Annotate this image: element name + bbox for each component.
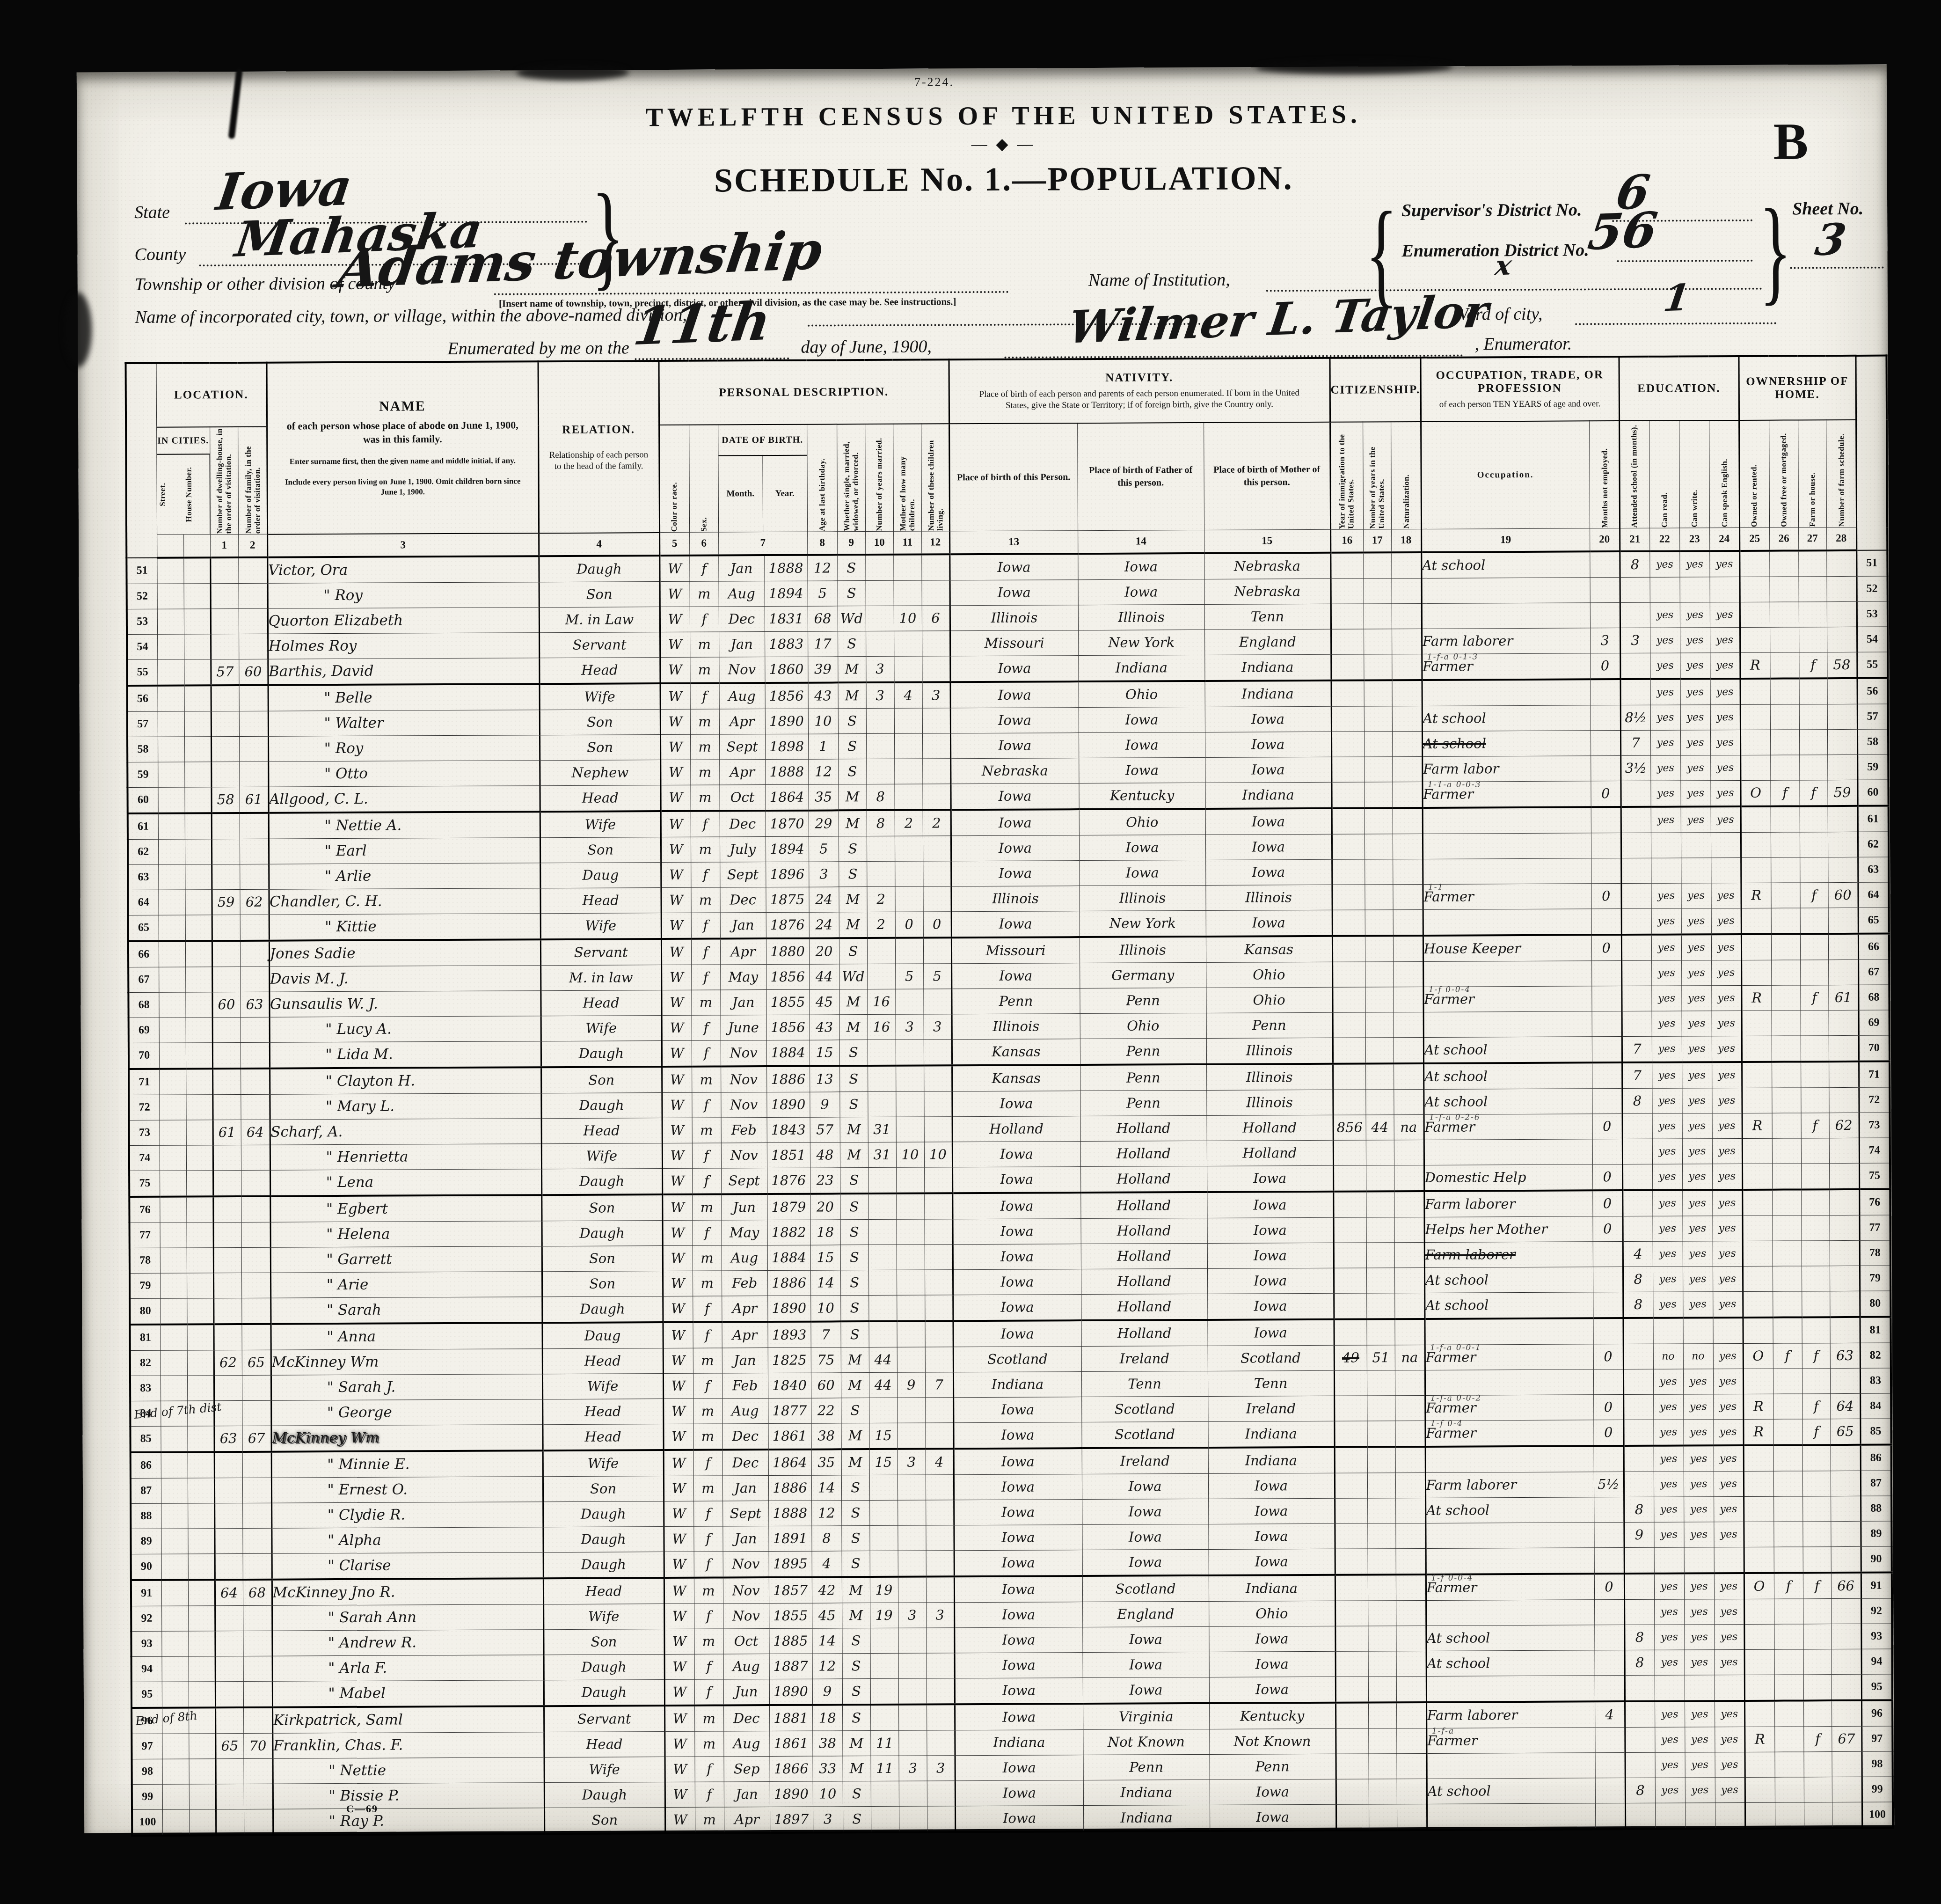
cell-children-living bbox=[927, 1730, 955, 1755]
cell-color: W bbox=[664, 1450, 693, 1476]
cell-free-mortgaged bbox=[1775, 1751, 1804, 1777]
cell-attended-school bbox=[1622, 1190, 1652, 1216]
cell-years-married bbox=[869, 1475, 898, 1500]
cell-years-married: 19 bbox=[870, 1576, 898, 1603]
cell-can-speak: yes bbox=[1710, 730, 1740, 755]
cell-naturalization bbox=[1396, 1626, 1426, 1651]
cell-name: " Arlie bbox=[269, 863, 540, 889]
cell-farm-schedule bbox=[1827, 576, 1857, 601]
cell-relation: Head bbox=[540, 990, 661, 1016]
cell-naturalization bbox=[1396, 1574, 1426, 1600]
cell-can-write: yes bbox=[1685, 1777, 1715, 1802]
cell-years-us bbox=[1367, 1395, 1395, 1421]
cell-age: 38 bbox=[812, 1730, 842, 1756]
cell-- bbox=[187, 1298, 213, 1324]
cell-relation: Son bbox=[539, 581, 660, 607]
cell-birth-year: 1856 bbox=[766, 1015, 810, 1040]
cell-dwelling: 62 bbox=[214, 1350, 242, 1375]
cell-sex: f bbox=[692, 1015, 721, 1040]
cell-pob-mother: Ohio bbox=[1206, 962, 1332, 988]
cell-attended-school bbox=[1621, 781, 1651, 807]
cell-marital: M bbox=[840, 1142, 868, 1167]
cell-family bbox=[239, 608, 268, 634]
cell-- bbox=[183, 557, 210, 584]
cell-sex: m bbox=[690, 734, 719, 759]
row-number: 69 bbox=[1859, 1010, 1890, 1035]
cell-pob: Illinois bbox=[950, 605, 1078, 630]
cell-pob: Indiana bbox=[955, 1729, 1083, 1755]
cell-birth-month: Jan bbox=[722, 1347, 768, 1373]
cell-occupation: At school bbox=[1424, 1267, 1593, 1293]
cell-name: " Kittie bbox=[269, 913, 540, 940]
cell-- bbox=[186, 1120, 213, 1145]
row-number: 74 bbox=[1859, 1138, 1890, 1163]
cell-dwelling bbox=[216, 1758, 244, 1784]
cell-owned-rented bbox=[1740, 602, 1770, 627]
cell-family bbox=[239, 736, 268, 762]
cell-sex: m bbox=[694, 1731, 723, 1756]
cell-pob-father: Ohio bbox=[1080, 1013, 1206, 1039]
cell-pob: Iowa bbox=[952, 1166, 1080, 1193]
cell-occupation: 1-f 0-4Farmer bbox=[1425, 1420, 1593, 1446]
cell-children-born bbox=[894, 733, 922, 759]
cell-pob-mother: Indiana bbox=[1209, 1574, 1335, 1601]
cell-imm-year bbox=[1336, 1753, 1369, 1779]
cell-attended-school: 4 bbox=[1623, 1241, 1653, 1267]
cell-naturalization bbox=[1395, 1446, 1425, 1472]
cell-- bbox=[188, 1503, 214, 1528]
cell-relation: Head bbox=[542, 1348, 663, 1374]
cell-farm-schedule bbox=[1827, 754, 1857, 780]
cell-children-born: 9 bbox=[897, 1372, 925, 1398]
cell-pob-mother: Penn bbox=[1206, 1012, 1333, 1038]
cell-attended-school bbox=[1621, 986, 1651, 1011]
cell-pob-mother: Nebraska bbox=[1204, 579, 1331, 604]
cell-free-mortgaged bbox=[1771, 857, 1800, 882]
cell-sex: m bbox=[692, 1066, 721, 1092]
cell-sex: m bbox=[691, 836, 720, 862]
cell-occupation bbox=[1424, 1139, 1592, 1165]
cell-pob-father: Holland bbox=[1081, 1294, 1207, 1320]
cell-owned-rented: R bbox=[1741, 883, 1771, 908]
cell-pob-mother: Ohio bbox=[1209, 1601, 1335, 1626]
enumerated-prefix: Enumerated by me on the bbox=[447, 337, 629, 359]
cell-can-speak bbox=[1711, 832, 1741, 857]
cell-years-us bbox=[1368, 1548, 1396, 1574]
row-number: 65 bbox=[128, 915, 159, 941]
cell-farm-house bbox=[1800, 959, 1828, 985]
cell-years-married bbox=[868, 1270, 897, 1295]
cell-note bbox=[157, 557, 183, 584]
cell-pob-mother: Iowa bbox=[1208, 1498, 1335, 1524]
cell-children-living bbox=[921, 554, 949, 580]
cell-imm-year bbox=[1333, 1165, 1366, 1191]
cell-naturalization bbox=[1397, 1804, 1427, 1830]
row-number: 73 bbox=[129, 1120, 160, 1145]
cell-can-speak: yes bbox=[1713, 1394, 1743, 1419]
district-brace-close: } bbox=[1759, 183, 1792, 319]
cell-birth-month: Nov bbox=[721, 1092, 766, 1117]
cell-can-speak: yes bbox=[1710, 627, 1740, 652]
cell-color: W bbox=[662, 1040, 692, 1067]
cell-owned-rented bbox=[1744, 1522, 1773, 1547]
cell-free-mortgaged bbox=[1772, 1189, 1801, 1216]
cell-pob-mother: Iowa bbox=[1205, 732, 1331, 757]
cell-can-speak: yes bbox=[1711, 960, 1741, 985]
cell-attended-school: 8 bbox=[1623, 1267, 1653, 1292]
cell-name: " Andrew R. bbox=[272, 1629, 543, 1656]
cell-farm-house: f bbox=[1802, 1343, 1830, 1368]
cell-note bbox=[160, 1120, 186, 1145]
cell-dwelling bbox=[215, 1631, 243, 1656]
col-can-write: Can write. bbox=[1679, 420, 1709, 528]
cell-children-living bbox=[925, 1295, 953, 1321]
cell-birth-month: July bbox=[720, 836, 766, 862]
cell-sex: f bbox=[693, 1220, 722, 1245]
row-number: 98 bbox=[1862, 1751, 1893, 1777]
cell-color: W bbox=[664, 1731, 694, 1757]
cell-color: W bbox=[660, 657, 690, 683]
cell-can-read: yes bbox=[1655, 1777, 1685, 1802]
cell-children-born bbox=[895, 937, 923, 964]
row-number: 94 bbox=[131, 1656, 162, 1682]
cell-pob-father: Penn bbox=[1080, 988, 1206, 1013]
cell-farm-schedule: 62 bbox=[1829, 1113, 1859, 1138]
cell-farm-schedule: 61 bbox=[1828, 985, 1858, 1010]
cell-pob: Iowa bbox=[954, 1499, 1082, 1525]
cell-years-us bbox=[1365, 909, 1393, 936]
cell-sex: m bbox=[690, 631, 719, 657]
row-number: 53 bbox=[127, 609, 157, 634]
cell-note bbox=[162, 1656, 189, 1681]
cell-years-married bbox=[866, 606, 894, 631]
cell-farm-schedule: 58 bbox=[1827, 652, 1857, 678]
cell-dwelling bbox=[215, 1656, 243, 1681]
cell-children-living bbox=[927, 1806, 955, 1832]
cell-can-read: yes bbox=[1652, 1113, 1682, 1139]
cell-pob-father: Holland bbox=[1080, 1166, 1207, 1193]
cell-color: W bbox=[665, 1757, 695, 1782]
cell-color: W bbox=[664, 1577, 694, 1604]
cell-birth-month: Nov bbox=[721, 1040, 766, 1066]
name-inst2: Include every person living on June 1, 1… bbox=[279, 476, 526, 498]
cell-children-living bbox=[924, 1116, 952, 1142]
cell-occupation: At school bbox=[1426, 1625, 1594, 1651]
cell-free-mortgaged bbox=[1770, 652, 1799, 678]
row-number: 61 bbox=[1858, 806, 1889, 832]
cell-relation: Wife bbox=[540, 811, 661, 838]
cell-can-write: yes bbox=[1681, 985, 1711, 1011]
row-number: 85 bbox=[1861, 1419, 1891, 1445]
cell-naturalization bbox=[1393, 834, 1423, 859]
cell-can-read: yes bbox=[1651, 934, 1681, 960]
cell-owned-rented: R bbox=[1742, 1113, 1772, 1138]
cell-birth-month: Dec bbox=[722, 1423, 768, 1450]
cell-birth-year: 1883 bbox=[765, 631, 808, 657]
row-number: 55 bbox=[1857, 652, 1888, 678]
cell-years-married bbox=[871, 1781, 899, 1806]
cell-free-mortgaged bbox=[1775, 1777, 1804, 1802]
cell-years-us bbox=[1365, 961, 1393, 987]
cell-years-us bbox=[1364, 756, 1392, 782]
cell-farm-schedule bbox=[1828, 933, 1858, 959]
cell-farm-house bbox=[1803, 1598, 1831, 1624]
cell-age: 75 bbox=[811, 1347, 841, 1372]
cell-months-not-employed bbox=[1593, 1318, 1623, 1344]
cell-owned-rented bbox=[1742, 1138, 1772, 1164]
cell-age: 10 bbox=[813, 1781, 843, 1806]
cell-birth-month: May bbox=[722, 1220, 767, 1245]
cell-imm-year bbox=[1334, 1242, 1366, 1267]
cell-dwelling: 57 bbox=[211, 659, 239, 685]
cell-marital: S bbox=[840, 1194, 868, 1220]
cell-free-mortgaged bbox=[1770, 729, 1799, 754]
cell-can-speak bbox=[1714, 1547, 1744, 1573]
cell-years-us bbox=[1367, 1370, 1395, 1395]
cell-age: 43 bbox=[808, 682, 838, 709]
cell-months-not-employed: 3 bbox=[1590, 628, 1620, 653]
cell-relation: Wife bbox=[542, 1373, 663, 1399]
cell-can-speak: yes bbox=[1712, 1062, 1742, 1088]
cell-naturalization bbox=[1395, 1370, 1425, 1395]
cell-occupation bbox=[1423, 807, 1591, 834]
cell-note bbox=[161, 1503, 188, 1528]
cell-dwelling bbox=[215, 1553, 243, 1580]
cell-owned-rented bbox=[1741, 934, 1771, 960]
cell-years-us bbox=[1364, 578, 1392, 603]
cell-can-read: yes bbox=[1650, 679, 1680, 705]
cell-name: Chandler, C. H. bbox=[269, 888, 540, 915]
cell-birth-month: Sept bbox=[722, 1501, 768, 1526]
cell-color: W bbox=[661, 965, 691, 990]
cell-birth-year: 1893 bbox=[768, 1321, 811, 1347]
cell-years-married bbox=[866, 631, 894, 656]
cell-years-married bbox=[870, 1628, 898, 1653]
group-location: LOCATION. bbox=[156, 363, 267, 427]
cell-years-married bbox=[869, 1500, 898, 1525]
cell-naturalization bbox=[1392, 680, 1422, 706]
cell-note bbox=[158, 864, 185, 889]
cell-relation: Daugh bbox=[542, 1296, 663, 1323]
cell-family bbox=[239, 685, 268, 711]
cell-name: " Ernest O. bbox=[271, 1476, 543, 1503]
row-number: 67 bbox=[1858, 959, 1889, 985]
cell-can-speak: yes bbox=[1713, 1241, 1743, 1266]
cell-birth-year: 1870 bbox=[766, 810, 809, 836]
cell-birth-year: 1887 bbox=[769, 1654, 812, 1679]
cell-can-write: yes bbox=[1681, 934, 1711, 960]
cell-naturalization bbox=[1394, 1217, 1424, 1242]
cell-marital: M bbox=[842, 1603, 870, 1628]
cell-birth-year: 1885 bbox=[769, 1628, 812, 1654]
cell-pob-father: Holland bbox=[1080, 1192, 1207, 1218]
cell-children-living bbox=[927, 1704, 955, 1730]
scanned-census-page: { "scan": { "corner_letter": "B", "form_… bbox=[0, 0, 1941, 1904]
cell-note bbox=[161, 1553, 188, 1580]
cell-- bbox=[186, 1017, 212, 1042]
cell-months-not-employed: 0 bbox=[1593, 1344, 1623, 1369]
cell-months-not-employed bbox=[1591, 960, 1621, 986]
col-name-header: NAME of each person whose place of abode… bbox=[267, 361, 539, 534]
cell-dwelling bbox=[212, 1068, 241, 1094]
cell-owned-rented: R bbox=[1744, 1727, 1774, 1752]
cell-imm-year bbox=[1334, 1395, 1367, 1421]
cell-owned-rented bbox=[1744, 1445, 1773, 1471]
cell-marital: Wd bbox=[838, 606, 866, 631]
cell-color: W bbox=[663, 1424, 693, 1450]
cell-marital: S bbox=[841, 1475, 869, 1500]
cell-relation: Head bbox=[539, 657, 660, 684]
cell-years-married bbox=[869, 1525, 898, 1551]
cell-note bbox=[158, 813, 185, 839]
cell-pob-mother: England bbox=[1204, 629, 1331, 655]
cell-farm-schedule bbox=[1831, 1471, 1861, 1496]
cell-birth-year: 1861 bbox=[769, 1731, 812, 1756]
cell-note bbox=[160, 1145, 186, 1170]
cell-farm-house bbox=[1804, 1802, 1832, 1828]
cell-pob-mother: Illinois bbox=[1206, 1090, 1333, 1115]
cell-pob: Iowa bbox=[953, 1218, 1081, 1244]
cell-family bbox=[240, 813, 269, 839]
cell-can-read: yes bbox=[1652, 1062, 1682, 1088]
cell-children-born bbox=[898, 1551, 926, 1577]
cell-name: McKinney Jno R. bbox=[272, 1578, 543, 1605]
paper-crack bbox=[228, 69, 243, 139]
cell-imm-year bbox=[1334, 1319, 1367, 1345]
cell-free-mortgaged bbox=[1774, 1674, 1803, 1700]
col-pob-mother: Place of birth of Mother of this person. bbox=[1204, 422, 1330, 530]
cell-years-married bbox=[866, 733, 894, 759]
cell-can-write: yes bbox=[1682, 1113, 1712, 1138]
cell-- bbox=[189, 1784, 216, 1809]
cell-color: W bbox=[662, 1194, 692, 1220]
group-education: EDUCATION. bbox=[1619, 356, 1739, 421]
cell-imm-year bbox=[1331, 629, 1364, 654]
cell-farm-schedule: 67 bbox=[1832, 1726, 1861, 1751]
row-number: 89 bbox=[131, 1529, 161, 1554]
cell-can-read: yes bbox=[1650, 602, 1680, 628]
cell-can-read: yes bbox=[1651, 908, 1681, 935]
cell-attended-school bbox=[1625, 1752, 1655, 1778]
cell-attended-school bbox=[1624, 1573, 1654, 1599]
cell-birth-year: 1880 bbox=[766, 938, 809, 964]
cell-marital: S bbox=[839, 1091, 868, 1117]
cell-relation: Wife bbox=[543, 1604, 664, 1629]
cell-birth-month: Jun bbox=[721, 1194, 767, 1220]
cell-sex: m bbox=[690, 784, 719, 811]
cell-attended-school bbox=[1622, 1113, 1652, 1139]
row-number: 97 bbox=[1861, 1726, 1892, 1751]
cell-children-living bbox=[925, 1422, 953, 1449]
cell-can-read bbox=[1653, 1318, 1683, 1344]
cell-age: 45 bbox=[812, 1603, 842, 1628]
row-number: 96 bbox=[1861, 1700, 1892, 1726]
cell-years-married bbox=[868, 1219, 897, 1245]
cell-sex: f bbox=[694, 1654, 723, 1679]
cell-marital: M bbox=[839, 1014, 868, 1040]
cell-years-us bbox=[1368, 1676, 1396, 1702]
cell-years-us bbox=[1364, 706, 1392, 731]
cell-color: W bbox=[665, 1782, 695, 1807]
cell-color: W bbox=[660, 581, 690, 607]
cell-free-mortgaged bbox=[1774, 1546, 1803, 1573]
cell-age: 43 bbox=[810, 1014, 839, 1040]
cell-years-us bbox=[1368, 1626, 1396, 1651]
ward-value: 1 bbox=[1661, 276, 1693, 320]
cell-farm-house bbox=[1803, 1700, 1832, 1727]
cell-children-born bbox=[898, 1576, 926, 1603]
row-number: 54 bbox=[127, 634, 157, 659]
cell-can-speak bbox=[1713, 1317, 1743, 1343]
cell-farm-schedule bbox=[1832, 1777, 1862, 1802]
cell-can-speak: yes bbox=[1714, 1445, 1744, 1471]
cell-attended-school: 8 bbox=[1625, 1778, 1655, 1803]
cell-birth-year: 1890 bbox=[765, 709, 808, 734]
cell-children-living bbox=[926, 1474, 954, 1500]
cell-pob-father: Iowa bbox=[1082, 1549, 1209, 1576]
cell-pob-father: Penn bbox=[1083, 1754, 1210, 1780]
cell-occupation: At school bbox=[1421, 551, 1590, 578]
cell-pob-mother: Iowa bbox=[1208, 1523, 1335, 1549]
cell-children-born: 3 bbox=[896, 1014, 924, 1040]
cell-relation: Daug bbox=[540, 862, 661, 888]
cell-family bbox=[241, 1145, 270, 1170]
cell-can-read: yes bbox=[1650, 730, 1680, 755]
row-number: 68 bbox=[1858, 985, 1889, 1010]
cell-relation: Head bbox=[542, 1424, 663, 1450]
cell-years-married bbox=[868, 1245, 897, 1270]
cell-years-married bbox=[868, 1065, 896, 1091]
cell-months-not-employed bbox=[1592, 1011, 1622, 1036]
cell-owned-rented bbox=[1739, 550, 1769, 577]
cell-birth-month: Aug bbox=[722, 1398, 768, 1423]
cell-can-speak: yes bbox=[1712, 1088, 1742, 1113]
cell-months-not-employed bbox=[1592, 1088, 1622, 1113]
cell-free-mortgaged bbox=[1773, 1419, 1802, 1445]
cell-age: 3 bbox=[809, 861, 839, 886]
row-number: 87 bbox=[131, 1478, 161, 1503]
cell-marital: S bbox=[841, 1500, 869, 1525]
cell-pob-mother: Kansas bbox=[1206, 936, 1332, 962]
cell-note bbox=[158, 889, 185, 915]
cell-farm-house bbox=[1802, 1266, 1830, 1291]
cell-children-living: 3 bbox=[922, 682, 950, 708]
cell-pob-mother: Indiana bbox=[1205, 782, 1331, 809]
cell-marital: S bbox=[839, 861, 867, 886]
cell-name: " Egbert bbox=[270, 1195, 541, 1222]
cell-birth-month: Sept bbox=[721, 1168, 767, 1194]
cell-years-us bbox=[1369, 1804, 1397, 1830]
row-number: 59 bbox=[127, 762, 158, 787]
cell-dwelling bbox=[213, 1196, 241, 1222]
cell-imm-year bbox=[1335, 1651, 1368, 1676]
cell-marital: Wd bbox=[839, 964, 867, 989]
cell-years-us bbox=[1365, 808, 1393, 834]
cell-can-speak: yes bbox=[1709, 550, 1739, 577]
cell-- bbox=[184, 762, 211, 787]
cell-sex: f bbox=[694, 1603, 723, 1628]
cell-relation: Son bbox=[542, 1271, 663, 1296]
cell-children-living bbox=[922, 784, 950, 810]
cell-farm-house bbox=[1800, 857, 1828, 882]
cell-family bbox=[241, 1222, 270, 1247]
cell-children-living: 2 bbox=[923, 810, 951, 836]
row-number: 99 bbox=[1862, 1777, 1893, 1802]
cell-can-write: yes bbox=[1682, 1011, 1712, 1036]
cell-years-married bbox=[868, 1091, 896, 1117]
cell-years-us bbox=[1365, 987, 1393, 1012]
cell-dwelling bbox=[213, 1298, 241, 1324]
